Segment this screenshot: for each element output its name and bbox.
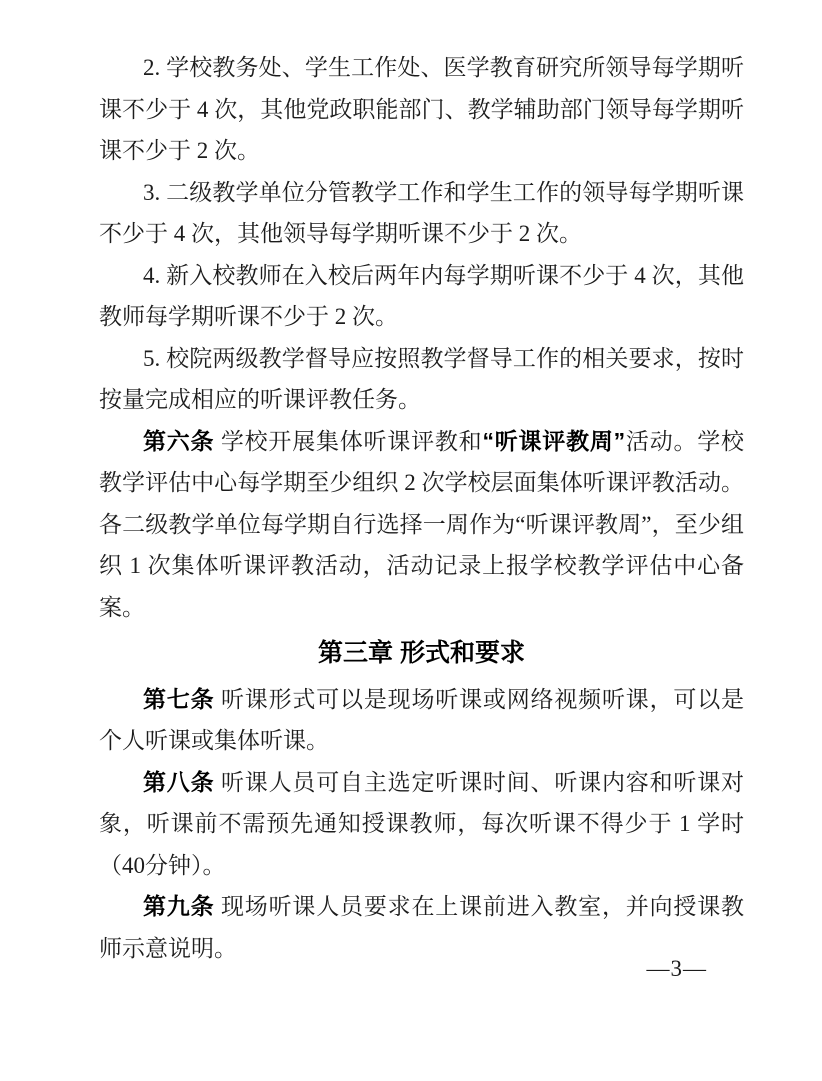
bold-text-segment: 第八条 bbox=[143, 769, 214, 795]
text-segment: 学校开展集体听课评教和 bbox=[214, 429, 482, 454]
text-segment: 5. 校院两级教学督导应按照教学督导工作的相关要求，按时按量完成相应的听课评教任… bbox=[99, 346, 744, 413]
document-body: 2. 学校教务处、学生工作处、医学教育研究所领导每学期听课不少于 4 次，其他党… bbox=[99, 47, 744, 969]
bold-text-segment: “听课评教周” bbox=[482, 428, 625, 454]
document-page: 2. 学校教务处、学生工作处、医学教育研究所领导每学期听课不少于 4 次，其他党… bbox=[0, 0, 822, 1081]
paragraph: 第八条 听课人员可自主选定听课时间、听课内容和听课对象，听课前不需预先通知授课教… bbox=[99, 762, 744, 887]
paragraph: 5. 校院两级教学督导应按照教学督导工作的相关要求，按时按量完成相应的听课评教任… bbox=[99, 338, 744, 421]
text-segment: 活动。学校教学评估中心每学期至少组织 2 次学校层面集体听课评教活动。各二级教学… bbox=[99, 429, 744, 620]
paragraph: 3. 二级教学单位分管教学工作和学生工作的领导每学期听课不少于 4 次，其他领导… bbox=[99, 172, 744, 255]
bold-text-segment: 第七条 bbox=[143, 686, 214, 712]
paragraph: 第七条 听课形式可以是现场听课或网络视频听课，可以是个人听课或集体听课。 bbox=[99, 679, 744, 762]
paragraph: 4. 新入校教师在入校后两年内每学期听课不少于 4 次，其他教师每学期听课不少于… bbox=[99, 255, 744, 338]
paragraph: 2. 学校教务处、学生工作处、医学教育研究所领导每学期听课不少于 4 次，其他党… bbox=[99, 47, 744, 172]
bold-text-segment: 第六条 bbox=[143, 428, 214, 454]
text-segment: 4. 新入校教师在入校后两年内每学期听课不少于 4 次，其他教师每学期听课不少于… bbox=[99, 263, 744, 330]
paragraph: 第六条 学校开展集体听课评教和“听课评教周”活动。学校教学评估中心每学期至少组织… bbox=[99, 421, 744, 629]
chapter-heading: 第三章 形式和要求 bbox=[99, 633, 744, 675]
page-number: —3— bbox=[647, 956, 708, 982]
text-segment: 2. 学校教务处、学生工作处、医学教育研究所领导每学期听课不少于 4 次，其他党… bbox=[99, 55, 744, 163]
bold-text-segment: 第九条 bbox=[143, 893, 214, 919]
text-segment: 3. 二级教学单位分管教学工作和学生工作的领导每学期听课不少于 4 次，其他领导… bbox=[99, 180, 744, 247]
bold-text-segment: 第三章 形式和要求 bbox=[318, 639, 525, 667]
